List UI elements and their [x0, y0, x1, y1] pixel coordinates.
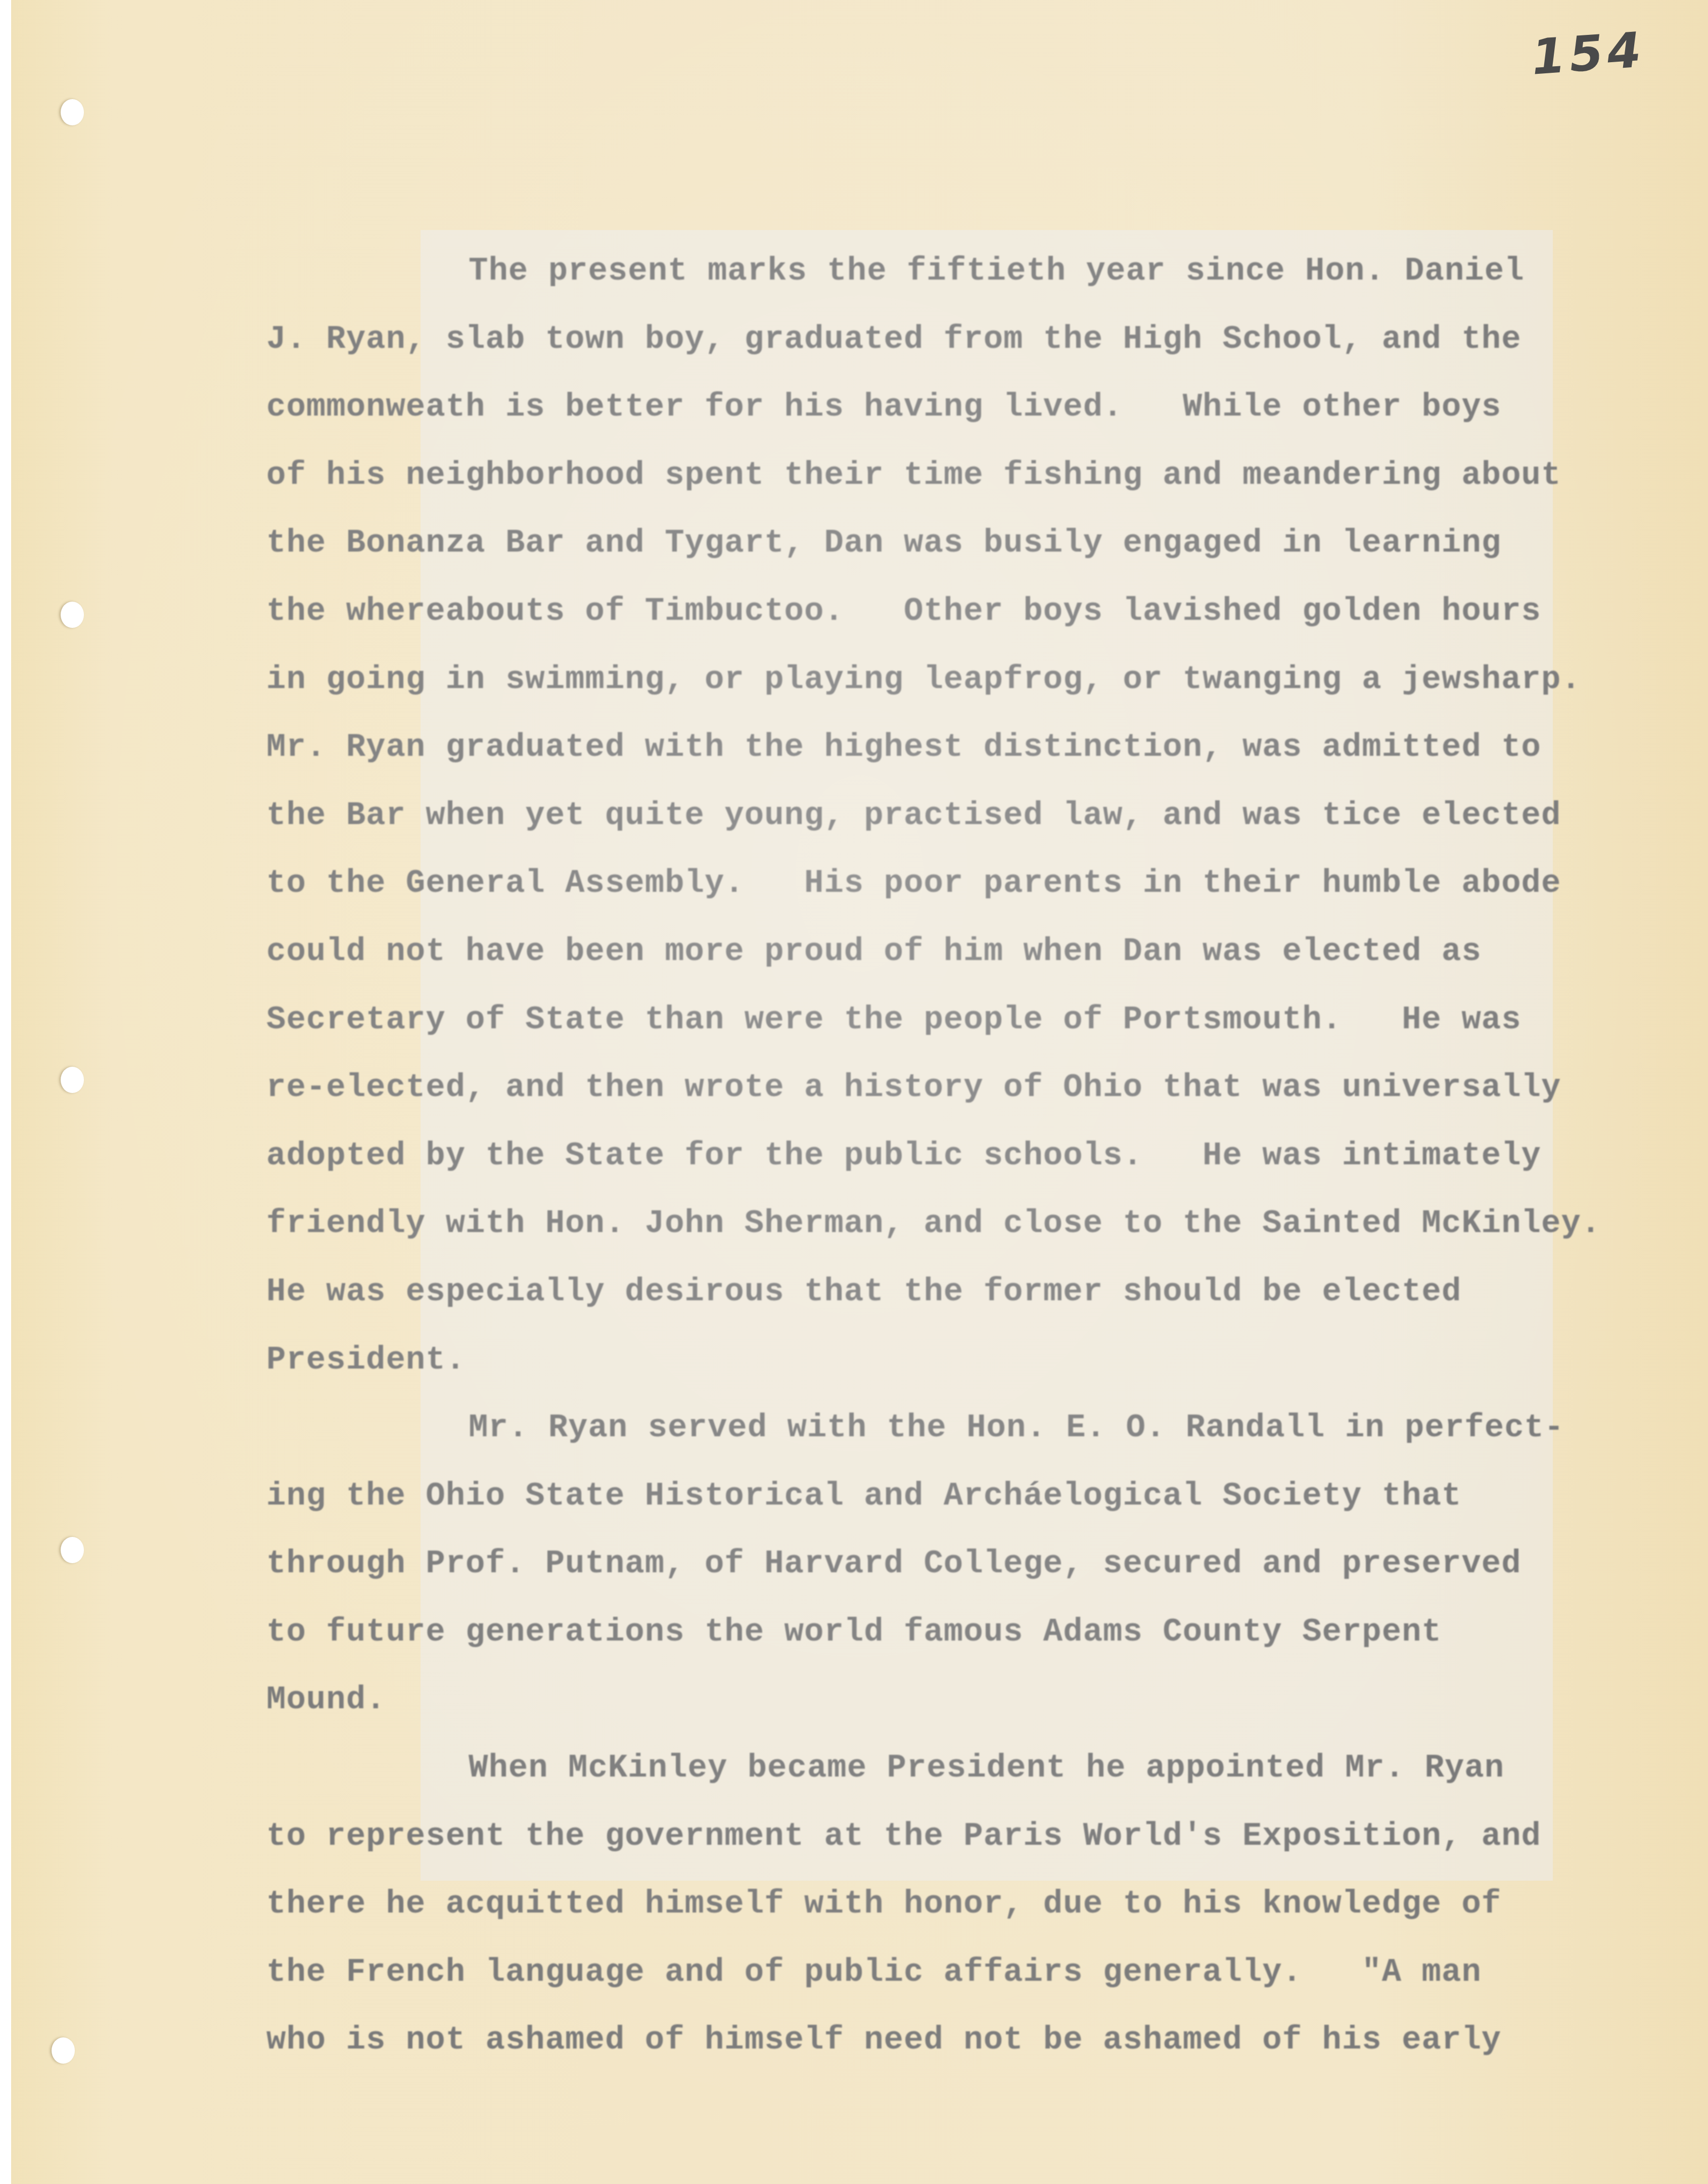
typed-text: The present marks the fiftieth year sinc… [266, 238, 1641, 2075]
text-line: to represent the government at the Paris… [266, 1803, 1641, 1871]
text-line: the whereabouts of Timbuctoo. Other boys… [266, 578, 1641, 646]
text-line: the French language and of public affair… [266, 1939, 1641, 2007]
page-number: 154 [1530, 21, 1647, 85]
document-page: 154 The present marks the fiftieth year … [11, 0, 1708, 2184]
text-line: Mr. Ryan graduated with the highest dist… [266, 714, 1641, 782]
text-line: re-elected, and then wrote a history of … [266, 1054, 1641, 1122]
text-line: to future generations the world famous A… [266, 1599, 1641, 1667]
text-line: The present marks the fiftieth year sinc… [266, 238, 1641, 306]
text-line: there he acquitted himself with honor, d… [266, 1871, 1641, 1939]
text-line: who is not ashamed of himself need not b… [266, 2007, 1641, 2075]
text-line: He was especially desirous that the form… [266, 1258, 1641, 1327]
punch-hole [61, 602, 84, 628]
text-line: commonweath is better for his having liv… [266, 374, 1641, 442]
text-line: ing the Ohio State Historical and Archáe… [266, 1463, 1641, 1531]
text-line: adopted by the State for the public scho… [266, 1122, 1641, 1191]
text-line: in going in swimming, or playing leapfro… [266, 646, 1641, 714]
text-line: to the General Assembly. His poor parent… [266, 850, 1641, 918]
text-line: President. [266, 1327, 1641, 1395]
text-line: of his neighborhood spent their time fis… [266, 442, 1641, 510]
punch-hole [61, 99, 84, 125]
text-line: friendly with Hon. John Sherman, and clo… [266, 1190, 1641, 1258]
text-line: the Bar when yet quite young, practised … [266, 782, 1641, 850]
punch-hole [52, 2037, 75, 2064]
text-line: the Bonanza Bar and Tygart, Dan was busi… [266, 510, 1641, 578]
text-line: J. Ryan, slab town boy, graduated from t… [266, 306, 1641, 374]
punch-hole [61, 1537, 84, 1563]
text-line: Mound. [266, 1666, 1641, 1735]
text-line: Secretary of State than were the people … [266, 986, 1641, 1055]
text-line: through Prof. Putnam, of Harvard College… [266, 1530, 1641, 1599]
text-line: When McKinley became President he appoin… [266, 1735, 1641, 1803]
text-line: Mr. Ryan served with the Hon. E. O. Rand… [266, 1394, 1641, 1463]
text-line: could not have been more proud of him wh… [266, 918, 1641, 986]
punch-hole [61, 1067, 84, 1093]
